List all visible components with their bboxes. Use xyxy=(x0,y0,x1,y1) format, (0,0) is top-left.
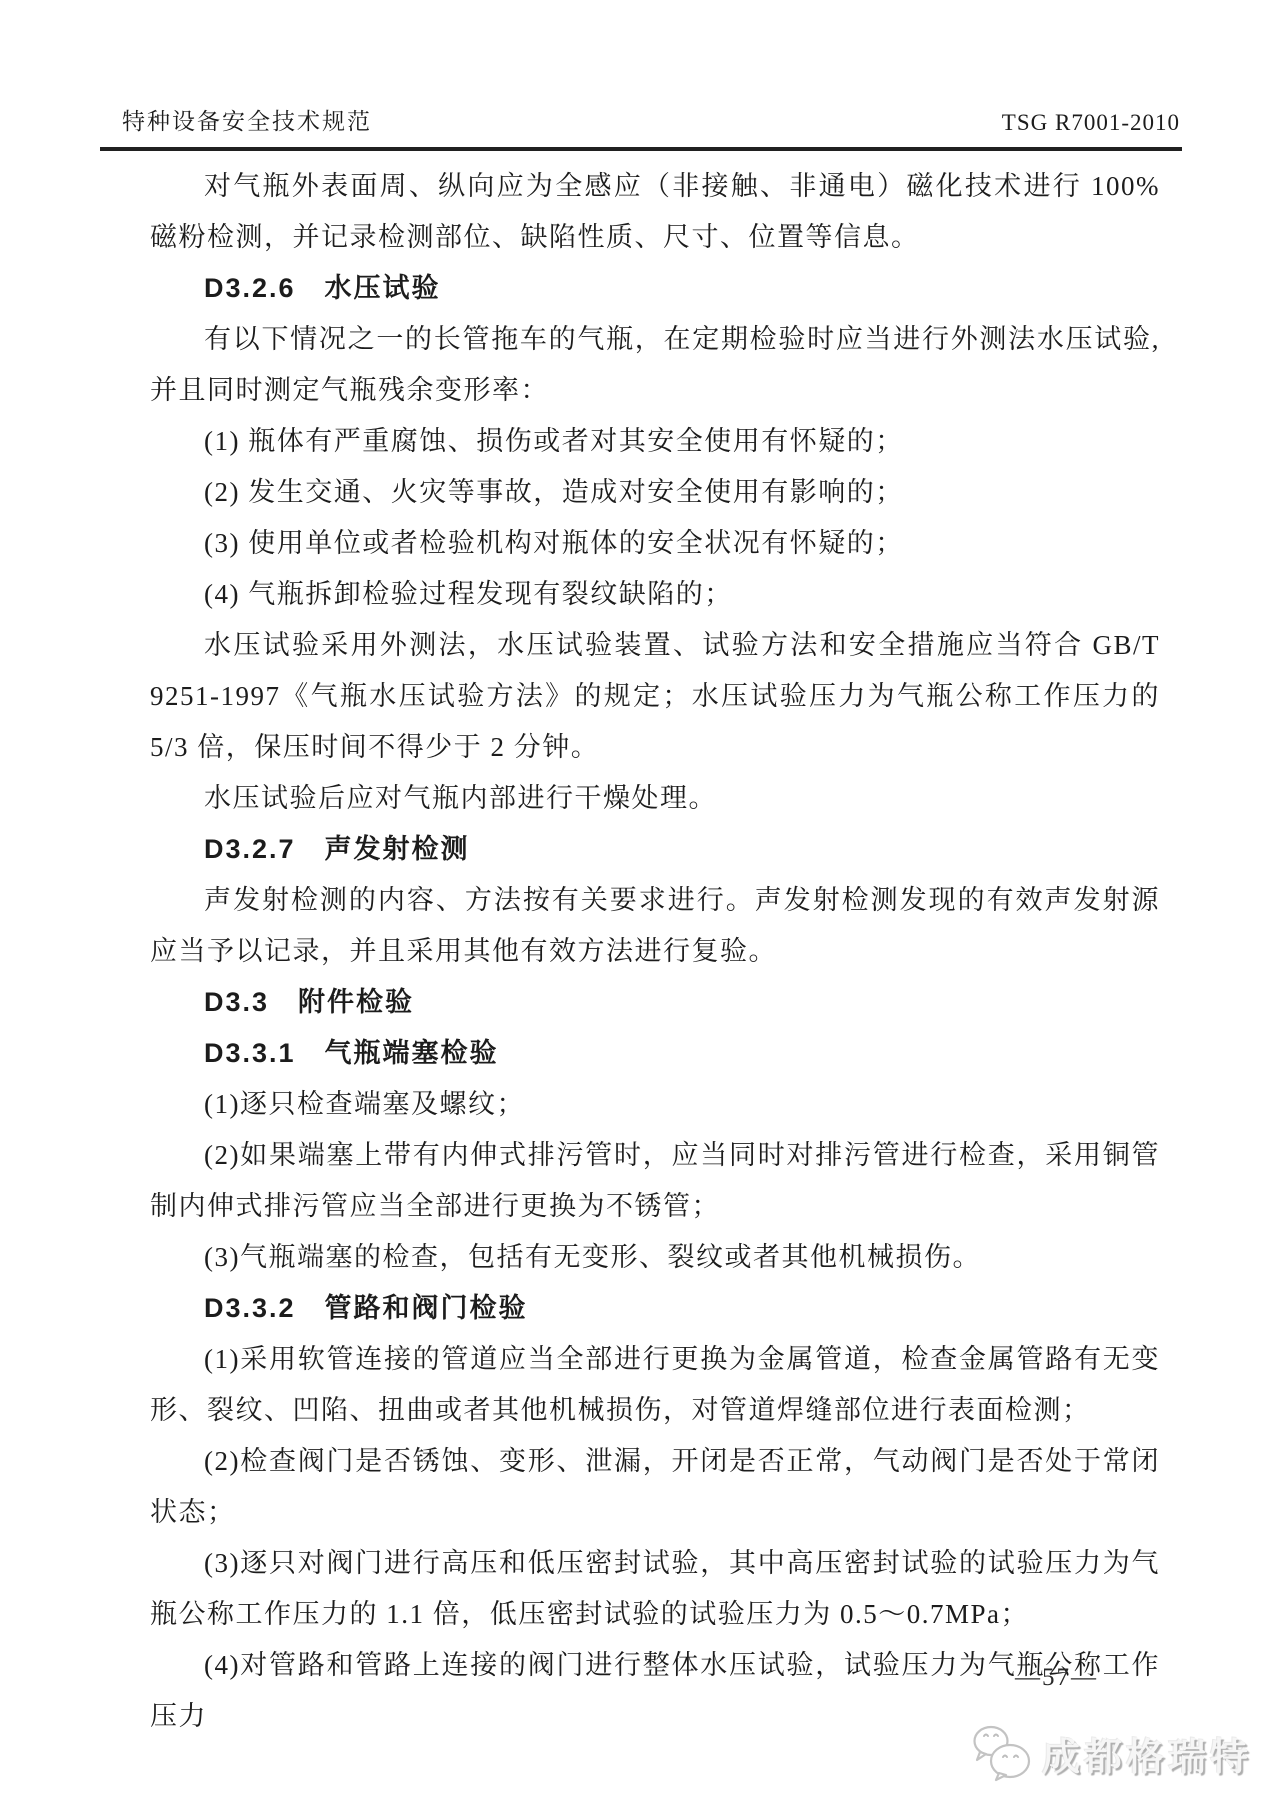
section-heading: D3.3.1 气瓶端塞检验 xyxy=(150,1028,1160,1079)
header-rule-divider xyxy=(100,147,1182,151)
section-heading: D3.3 附件检验 xyxy=(150,977,1160,1028)
document-page: 特种设备安全技术规范 TSG R7001-2010 对气瓶外表面周、纵向应为全感… xyxy=(0,0,1280,1810)
paragraph: 声发射检测的内容、方法按有关要求进行。声发射检测发现的有效声发射源应当予以记录，… xyxy=(150,875,1160,977)
paragraph: 水压试验采用外测法，水压试验装置、试验方法和安全措施应当符合 GB/T 9251… xyxy=(150,620,1160,773)
paragraph: 水压试验后应对气瓶内部进行干燥处理。 xyxy=(150,773,1160,824)
paragraph: (2) 发生交通、火灾等事故，造成对安全使用有影响的； xyxy=(150,467,1160,518)
paragraph: (3) 使用单位或者检验机构对瓶体的安全状况有怀疑的； xyxy=(150,518,1160,569)
paragraph: (1)采用软管连接的管道应当全部进行更换为金属管道，检查金属管路有无变形、裂纹、… xyxy=(150,1334,1160,1436)
section-heading: D3.2.7 声发射检测 xyxy=(150,824,1160,875)
paragraph: (1)逐只检查端塞及螺纹； xyxy=(150,1079,1160,1130)
paragraph: (3)逐只对阀门进行高压和低压密封试验，其中高压密封试验的试验压力为气瓶公称工作… xyxy=(150,1538,1160,1640)
paragraph: (2)如果端塞上带有内伸式排污管时，应当同时对排污管进行检查，采用铜管制内伸式排… xyxy=(150,1130,1160,1232)
document-body: 对气瓶外表面周、纵向应为全感应（非接触、非通电）磁化技术进行 100%磁粉检测，… xyxy=(150,161,1160,1742)
header-spec-title: 特种设备安全技术规范 xyxy=(122,103,372,136)
page-number: —57— xyxy=(1015,1664,1098,1692)
paragraph: 对气瓶外表面周、纵向应为全感应（非接触、非通电）磁化技术进行 100%磁粉检测，… xyxy=(150,161,1160,263)
page-header: 特种设备安全技术规范 TSG R7001-2010 xyxy=(122,103,1180,136)
paragraph: (1) 瓶体有严重腐蚀、损伤或者对其安全使用有怀疑的； xyxy=(150,416,1160,467)
section-heading: D3.2.6 水压试验 xyxy=(150,263,1160,314)
paragraph: (4) 气瓶拆卸检验过程发现有裂纹缺陷的； xyxy=(150,569,1160,620)
watermark: 成都格瑞特 xyxy=(970,1724,1252,1782)
paragraph: (3)气瓶端塞的检查，包括有无变形、裂纹或者其他机械损伤。 xyxy=(150,1232,1160,1283)
wechat-icon xyxy=(970,1724,1032,1782)
header-doc-code: TSG R7001-2010 xyxy=(1002,110,1180,136)
section-heading: D3.3.2 管路和阀门检验 xyxy=(150,1283,1160,1334)
paragraph: 有以下情况之一的长管拖车的气瓶，在定期检验时应当进行外测法水压试验, 并且同时测… xyxy=(150,314,1160,416)
paragraph: (2)检查阀门是否锈蚀、变形、泄漏，开闭是否正常，气动阀门是否处于常闭状态； xyxy=(150,1436,1160,1538)
watermark-label: 成都格瑞特 xyxy=(1042,1726,1252,1781)
